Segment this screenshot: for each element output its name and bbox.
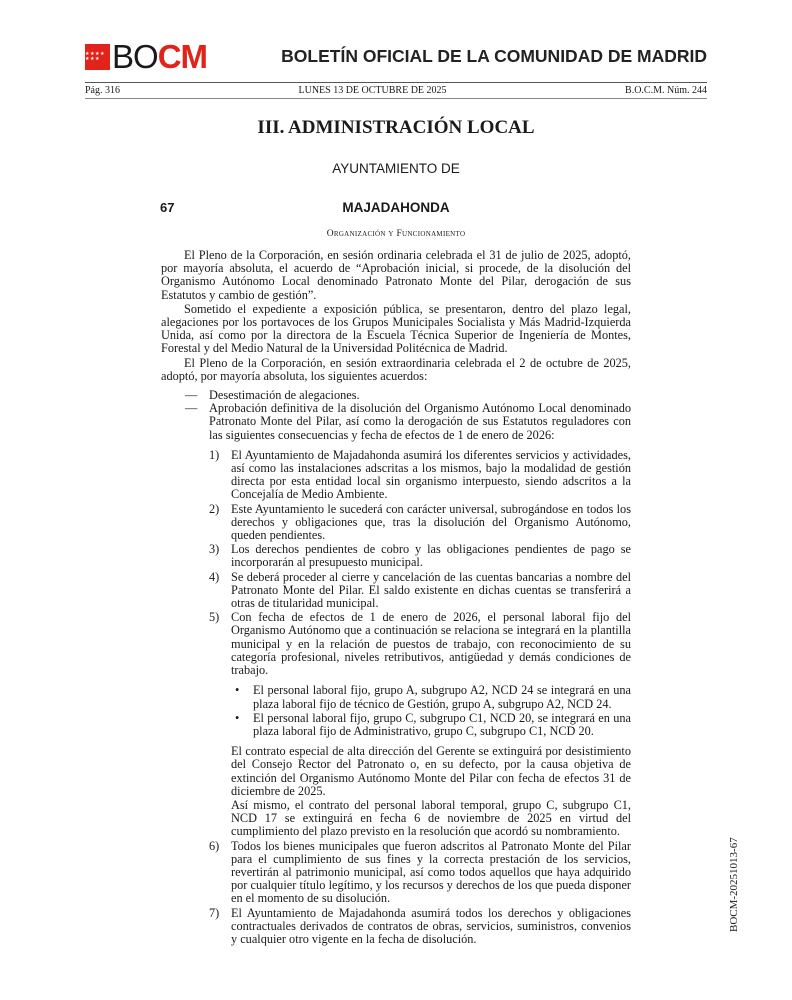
- consequences-list: 1) El Ayuntamiento de Majadahonda asumir…: [161, 449, 631, 946]
- publication-date: LUNES 13 DE OCTUBRE DE 2025: [298, 85, 446, 96]
- bullet-item: • El personal laboral fijo, grupo C, sub…: [253, 712, 631, 738]
- numbered-item: 3) Los derechos pendientes de cobro y la…: [231, 543, 631, 569]
- header-rule-bottom: [85, 98, 707, 99]
- sub-paragraph: El contrato especial de alta dirección d…: [231, 745, 631, 798]
- paragraph: Sometido el expediente a exposición públ…: [161, 303, 631, 356]
- numbered-item: 7) El Ayuntamiento de Majadahonda asumir…: [231, 907, 631, 947]
- municipality-name: MAJADAHONDA: [0, 200, 792, 215]
- bulletin-title: BOLETÍN OFICIAL DE LA COMUNIDAD DE MADRI…: [281, 46, 707, 67]
- numbered-item: 6) Todos los bienes municipales que fuer…: [231, 840, 631, 906]
- staff-bullet-list: • El personal laboral fijo, grupo A, sub…: [231, 684, 631, 738]
- document-code: BOCM-20251013-67: [728, 837, 740, 932]
- document-body: El Pleno de la Corporación, en sesión or…: [161, 249, 631, 947]
- issue-number: B.O.C.M. Núm. 244: [625, 85, 707, 96]
- paragraph: El Pleno de la Corporación, en sesión or…: [161, 249, 631, 302]
- agreement-item: — Aprobación definitiva de la disolución…: [161, 402, 631, 442]
- bullet-item: • El personal laboral fijo, grupo A, sub…: [253, 684, 631, 710]
- header-meta-row: Pág. 316 LUNES 13 DE OCTUBRE DE 2025 B.O…: [85, 84, 707, 97]
- numbered-item: 1) El Ayuntamiento de Majadahonda asumir…: [231, 449, 631, 502]
- numbered-item: 2) Este Ayuntamiento le sucederá con car…: [231, 503, 631, 543]
- paragraph: El Pleno de la Corporación, en sesión ex…: [161, 357, 631, 383]
- page-number: Pág. 316: [85, 85, 120, 96]
- stars-icon: ★★★★ ★★★: [85, 52, 110, 62]
- header-rule-top: [85, 82, 707, 83]
- agreements-list: — Desestimación de alegaciones. — Aproba…: [161, 389, 631, 442]
- section-title: III. ADMINISTRACIÓN LOCAL: [0, 117, 792, 139]
- numbered-item: 5) Con fecha de efectos de 1 de enero de…: [231, 611, 631, 838]
- logo-wordmark: BOCM: [112, 42, 207, 72]
- numbered-item: 4) Se deberá proceder al cierre y cancel…: [231, 571, 631, 611]
- bullet-marker: •: [235, 684, 239, 697]
- madrid-flag-icon: ★★★★ ★★★: [85, 44, 110, 70]
- dash-marker: —: [185, 402, 197, 415]
- subject-heading: Organización y Funcionamiento: [0, 229, 792, 239]
- bocm-logo: ★★★★ ★★★ BOCM: [85, 42, 207, 72]
- authority-label: AYUNTAMIENTO DE: [0, 161, 792, 176]
- sub-paragraph: Así mismo, el contrato del personal labo…: [231, 799, 631, 839]
- bullet-marker: •: [235, 712, 239, 725]
